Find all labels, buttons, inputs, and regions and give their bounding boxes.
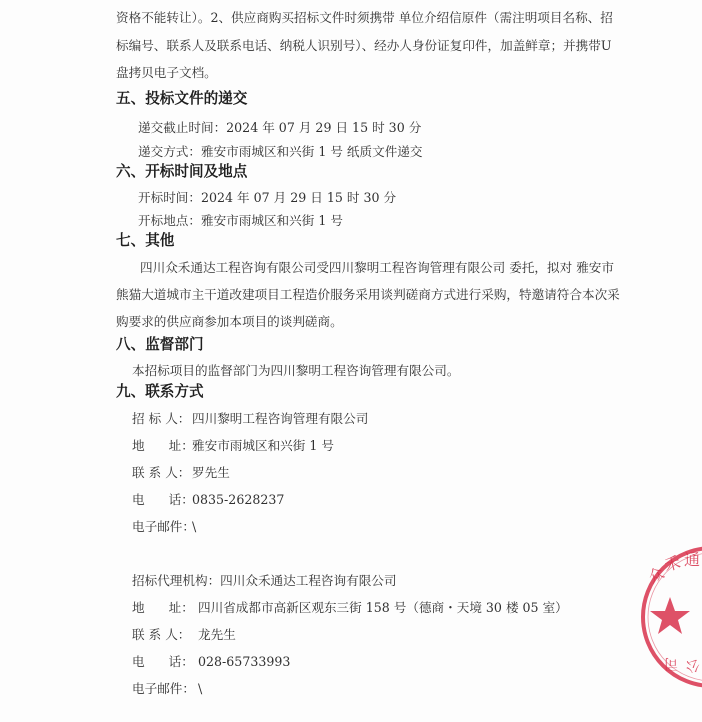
tenderer-name-row: 招 标 人： 四川黎明工程咨询管理有限公司 (132, 411, 368, 427)
field-label: 联 系 人： (132, 627, 198, 643)
paragraph-line: 购要求的供应商参加本项目的谈判磋商。 (116, 314, 343, 330)
section-heading-other: 七、其他 (116, 232, 174, 250)
document-page: 资格不能转让）。2、供应商购买招标文件时须携带 单位介绍信原件（需注明项目名称、… (0, 0, 702, 722)
tenderer-email-row: 电子邮件： \ (132, 519, 196, 535)
agency-address: 四川省成都市高新区观东三街 158 号（德商・天境 30 楼 05 室） (198, 600, 568, 616)
tenderer-contact-person: 罗先生 (192, 465, 230, 481)
agency-contact-row: 联 系 人： 龙先生 (132, 627, 236, 643)
agency-email-row: 电子邮件： \ (132, 681, 202, 697)
submission-deadline: 递交截止时间：2024 年 07 月 29 日 15 时 30 分 (138, 120, 421, 136)
agency-name: 四川众禾通达工程咨询有限公司 (220, 573, 396, 589)
opening-time: 开标时间：2024 年 07 月 29 日 15 时 30 分 (138, 190, 396, 206)
field-label: 电子邮件： (132, 519, 192, 535)
field-label: 地 址： (132, 438, 192, 454)
paragraph-line: 盘拷贝电子文档。 (116, 65, 217, 81)
tenderer-contact-row: 联 系 人： 罗先生 (132, 465, 230, 481)
tenderer-name: 四川黎明工程咨询管理有限公司 (192, 411, 368, 427)
field-label: 招标代理机构： (132, 573, 220, 589)
agency-contact-person: 龙先生 (198, 627, 236, 643)
section-heading-contact: 九、联系方式 (116, 383, 204, 401)
supervision-text: 本招标项目的监督部门为四川黎明工程咨询管理有限公司。 (132, 363, 459, 379)
tenderer-phone: 0835-2628237 (192, 492, 284, 508)
section-heading-submission: 五、投标文件的递交 (116, 90, 247, 108)
field-label: 招 标 人： (132, 411, 192, 427)
field-label: 电子邮件： (132, 681, 198, 697)
agency-phone-row: 电 话： 028-65733993 (132, 654, 290, 670)
paragraph-line: 熊猫大道城市主干道改建项目工程造价服务采用谈判磋商方式进行采购，特邀请符合本次采 (116, 287, 620, 303)
agency-address-row: 地 址： 四川省成都市高新区观东三街 158 号（德商・天境 30 楼 05 室… (132, 600, 568, 616)
tenderer-address-row: 地 址： 雅安市雨城区和兴街 1 号 (132, 438, 334, 454)
section-heading-supervision: 八、监督部门 (116, 336, 204, 354)
paragraph-line: 资格不能转让）。2、供应商购买招标文件时须携带 单位介绍信原件（需注明项目名称、… (116, 10, 613, 26)
tenderer-email: \ (192, 519, 196, 535)
tenderer-phone-row: 电 话： 0835-2628237 (132, 492, 284, 508)
opening-location: 开标地点：雅安市雨城区和兴街 1 号 (138, 213, 343, 229)
agency-name-row: 招标代理机构： 四川众禾通达工程咨询有限公司 (132, 573, 396, 589)
svg-text:公: 公 (684, 656, 701, 674)
agency-phone: 028-65733993 (198, 654, 290, 670)
field-label: 电 话： (132, 492, 192, 508)
field-label: 联 系 人： (132, 465, 192, 481)
svg-text:司: 司 (664, 655, 678, 671)
field-label: 电 话： (132, 654, 198, 670)
company-seal-icon: 众 禾 通 达 司 公 (638, 543, 702, 691)
paragraph-line: 四川众禾通达工程咨询有限公司受四川黎明工程咨询管理有限公司 委托，拟对 雅安市 (140, 260, 614, 276)
svg-text:通: 通 (684, 550, 700, 569)
field-label: 地 址： (132, 600, 198, 616)
paragraph-line: 标编号、联系人及联系电话、纳税人识别号）、经办人身份证复印件，加盖鲜章；并携带U (116, 38, 611, 54)
tenderer-address: 雅安市雨城区和兴街 1 号 (192, 438, 334, 454)
agency-email: \ (198, 681, 202, 697)
section-heading-opening: 六、开标时间及地点 (116, 163, 247, 181)
submission-method: 递交方式：雅安市雨城区和兴街 1 号 纸质文件递交 (138, 144, 423, 160)
